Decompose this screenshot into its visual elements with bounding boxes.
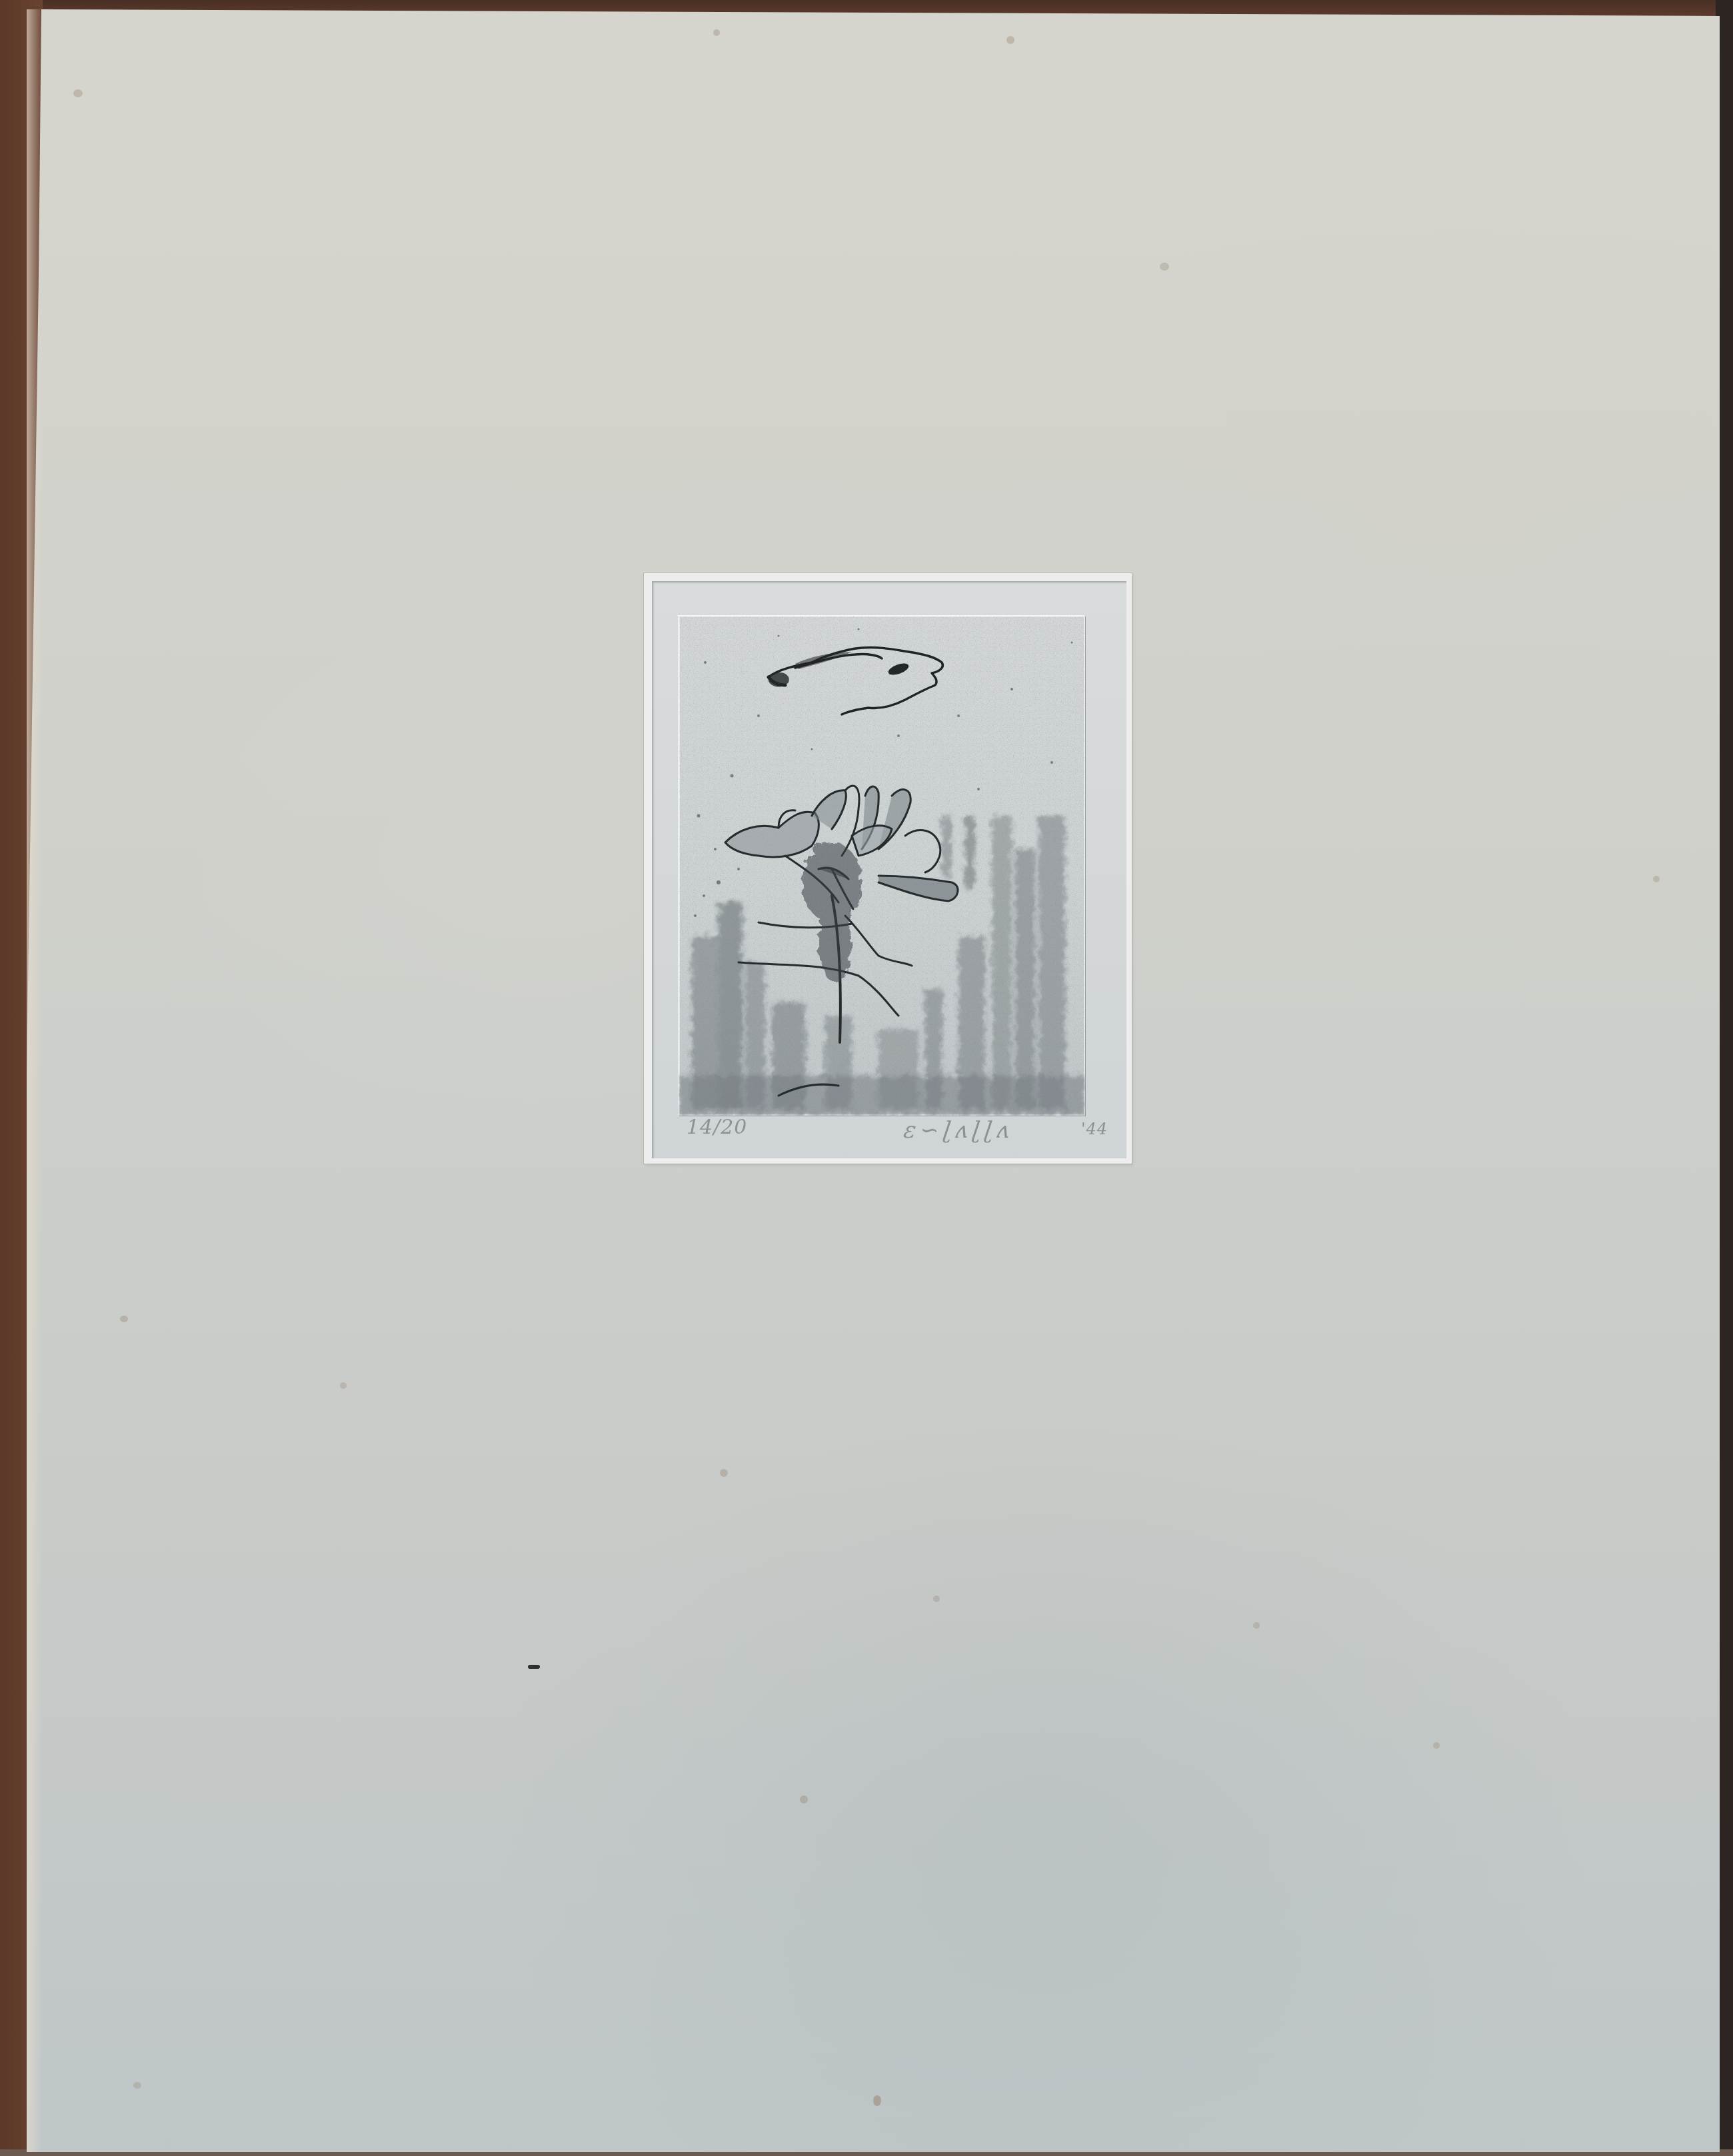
foxing-spot: [340, 1382, 347, 1389]
foxing-spot: [720, 1469, 728, 1477]
etching-plate: [679, 616, 1085, 1116]
artist-signature: ɛ∽ɭʌɭɭʌ: [902, 1117, 1015, 1144]
foxing-spot: [1006, 36, 1014, 44]
signature-year: '44: [1081, 1120, 1108, 1138]
edition-number: 14/20: [687, 1116, 747, 1139]
ink-mark: [528, 1665, 540, 1669]
foxing-spot: [133, 2082, 141, 2089]
foxing-spot: [800, 1795, 808, 1803]
mat-edge-highlight: [27, 9, 43, 2152]
foxing-spot: [1160, 263, 1169, 271]
foxing-spot: [73, 89, 83, 97]
foxing-spot: [120, 1316, 128, 1322]
foxing-spot: [1653, 876, 1660, 882]
foxing-spot: [1433, 1742, 1440, 1749]
foxing-spot: [873, 2095, 881, 2106]
foxing-spot: [933, 1596, 940, 1602]
etching-image: [679, 616, 1085, 1116]
foxing-spot: [713, 29, 720, 36]
foxing-spot: [1253, 1622, 1260, 1629]
